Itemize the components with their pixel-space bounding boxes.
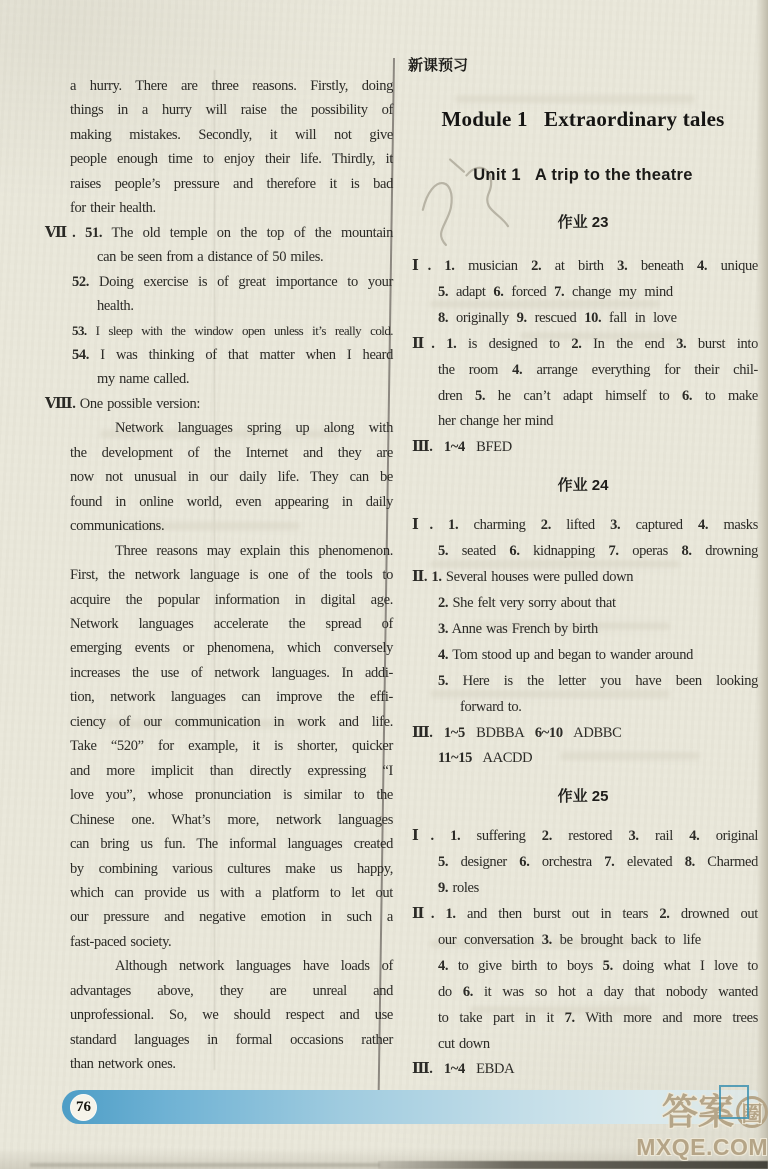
text-line: health.	[45, 294, 393, 318]
text-line: love you”, whose pronunciation is simila…	[45, 783, 393, 807]
text-line: forward to.	[408, 695, 758, 721]
text-line: can be seen from a distance of 50 miles.	[45, 245, 393, 269]
text-line: Ⅱ. 1. and then burst out in tears 2. dro…	[408, 902, 758, 928]
text-line: than network ones.	[45, 1052, 393, 1076]
text-line: 5. seated 6. kidnapping 7. operas 8. dro…	[408, 539, 758, 565]
text-line: tion, network languages can improve the …	[45, 685, 393, 709]
text-line: fast-paced society.	[45, 930, 393, 954]
text-line: 4. to give birth to boys 5. doing what I…	[408, 954, 758, 980]
homework-title: 作业 25	[408, 786, 758, 808]
homework-answers: Ⅰ. 1. charming 2. lifted 3. captured 4. …	[408, 513, 758, 772]
text-line: unprofessional. So, we should respect an…	[45, 1003, 393, 1027]
text-line: people enough time to enjoy their life. …	[45, 147, 393, 171]
text-line: can bring us fun. The informal languages…	[45, 832, 393, 856]
text-line: Ⅲ. 1~5 BDBBA 6~10 ADBBC	[408, 721, 758, 747]
text-line: the room 4. arrange everything for their…	[408, 358, 758, 384]
text-line: standard languages in formal occasions r…	[45, 1028, 393, 1052]
text-line: 53. I sleep with the window open unless …	[45, 319, 393, 343]
text-line: 11~15 AACDD	[408, 746, 758, 772]
text-line: 8. originally 9. rescued 10. fall in lov…	[408, 306, 758, 332]
text-line: our pressure and negative emotion in suc…	[45, 905, 393, 929]
text-line: my name called.	[45, 367, 393, 391]
text-line: 2. She felt very sorry about that	[408, 591, 758, 617]
page-edge-right	[756, 0, 768, 1169]
text-line: Network languages accelerate the spread …	[45, 612, 393, 636]
text-line: 4. Tom stood up and began to wander arou…	[408, 643, 758, 669]
text-line: by combining various cultures make us ha…	[45, 857, 393, 881]
text-line: Ⅰ. 1. musician 2. at birth 3. beneath 4.…	[408, 254, 758, 280]
text-line: Ⅰ. 1. suffering 2. restored 3. rail 4. o…	[408, 824, 758, 850]
module-title: Module 1 Extraordinary tales	[408, 106, 758, 132]
text-line: communications.	[45, 514, 393, 538]
text-line: Ⅶ. 51. The old temple on the top of the …	[45, 221, 393, 245]
scanned-workbook-page: { "left_column": { "lines": [ {"text":"a…	[0, 0, 768, 1169]
text-line: the development of the Internet and they…	[45, 441, 393, 465]
watermark-site: MXQE.COM	[636, 1134, 768, 1160]
text-line: and more implicit than directly expressi…	[45, 759, 393, 783]
preview-label: 新课预习	[408, 56, 758, 76]
text-line: increases the use of network languages. …	[45, 661, 393, 685]
homework-answers: Ⅰ. 1. suffering 2. restored 3. rail 4. o…	[408, 824, 758, 1083]
text-line: First, the network language is one of th…	[45, 563, 393, 587]
text-line: 3. Anne was French by birth	[408, 617, 758, 643]
homework-title: 作业 23	[408, 212, 758, 234]
text-line: Ⅷ. One possible version:	[45, 392, 393, 416]
text-line: making mistakes. Secondly, it will not g…	[45, 123, 393, 147]
text-line: 9. roles	[408, 876, 758, 902]
text-line: Ⅲ. 1~4 EBDA	[408, 1057, 758, 1083]
text-line: dren 5. he can’t adapt himself to 6. to …	[408, 384, 758, 410]
text-line: Although network languages have loads of	[45, 954, 393, 978]
homework-title: 作业 24	[408, 475, 758, 497]
text-line: found in online world, even appearing in…	[45, 490, 393, 514]
page-number: 76	[76, 1099, 91, 1115]
text-line: 5. Here is the letter you have been look…	[408, 669, 758, 695]
text-line: 52. Doing exercise is of great importanc…	[45, 270, 393, 294]
right-column: 新课预习 Module 1 Extraordinary tales Unit 1…	[408, 56, 758, 1083]
text-line: Network languages spring up along with	[45, 416, 393, 440]
page-edge-shadow-left	[30, 1163, 380, 1167]
homework-answers: Ⅰ. 1. musician 2. at birth 3. beneath 4.…	[408, 254, 758, 461]
text-line: cut down	[408, 1032, 758, 1058]
text-line: raises people’s pressure and therefore i…	[45, 172, 393, 196]
text-line: Ⅱ. 1. is designed to 2. In the end 3. bu…	[408, 332, 758, 358]
text-line: acquire the popular information in digit…	[45, 588, 393, 612]
text-line: her change her mind	[408, 409, 758, 435]
text-line: Take “520” for example, it is shorter, q…	[45, 734, 393, 758]
text-line: a hurry. There are three reasons. Firstl…	[45, 74, 393, 98]
text-line: Three reasons may explain this phenomeno…	[45, 539, 393, 563]
text-line: for their health.	[45, 196, 393, 220]
text-line: which can provide us with a platform to …	[45, 881, 393, 905]
text-line: Ⅲ. 1~4 BFED	[408, 435, 758, 461]
text-line: to take part in it 7. With more and more…	[408, 1006, 758, 1032]
text-line: ciency of our communication in work and …	[45, 710, 393, 734]
text-line: now not unusual in our daily life. They …	[45, 465, 393, 489]
text-line: our conversation 3. be brought back to l…	[408, 928, 758, 954]
left-column: a hurry. There are three reasons. Firstl…	[45, 74, 393, 1077]
text-line: 54. I was thinking of that matter when I…	[45, 343, 393, 367]
text-line: advantages above, they are unreal and	[45, 979, 393, 1003]
text-line: emerging events or phenomena, which conv…	[45, 636, 393, 660]
unit-title: Unit 1 A trip to the theatre	[408, 164, 758, 186]
text-line: 5. designer 6. orchestra 7. elevated 8. …	[408, 850, 758, 876]
page-number-badge: 76	[70, 1094, 97, 1121]
text-line: Ⅰ. 1. charming 2. lifted 3. captured 4. …	[408, 513, 758, 539]
page-edge-shadow-right	[378, 1161, 768, 1169]
text-line: Ⅱ. 1. Several houses were pulled down	[408, 565, 758, 591]
text-line: Chinese one. What’s more, network langua…	[45, 808, 393, 832]
answers-area: 作业 23Ⅰ. 1. musician 2. at birth 3. benea…	[408, 212, 758, 1083]
text-line: do 6. it was so hot a day that nobody wa…	[408, 980, 758, 1006]
text-line: things in a hurry will raise the possibi…	[45, 98, 393, 122]
text-line: 5. adapt 6. forced 7. change my mind	[408, 280, 758, 306]
logo-outline-box	[719, 1085, 749, 1119]
